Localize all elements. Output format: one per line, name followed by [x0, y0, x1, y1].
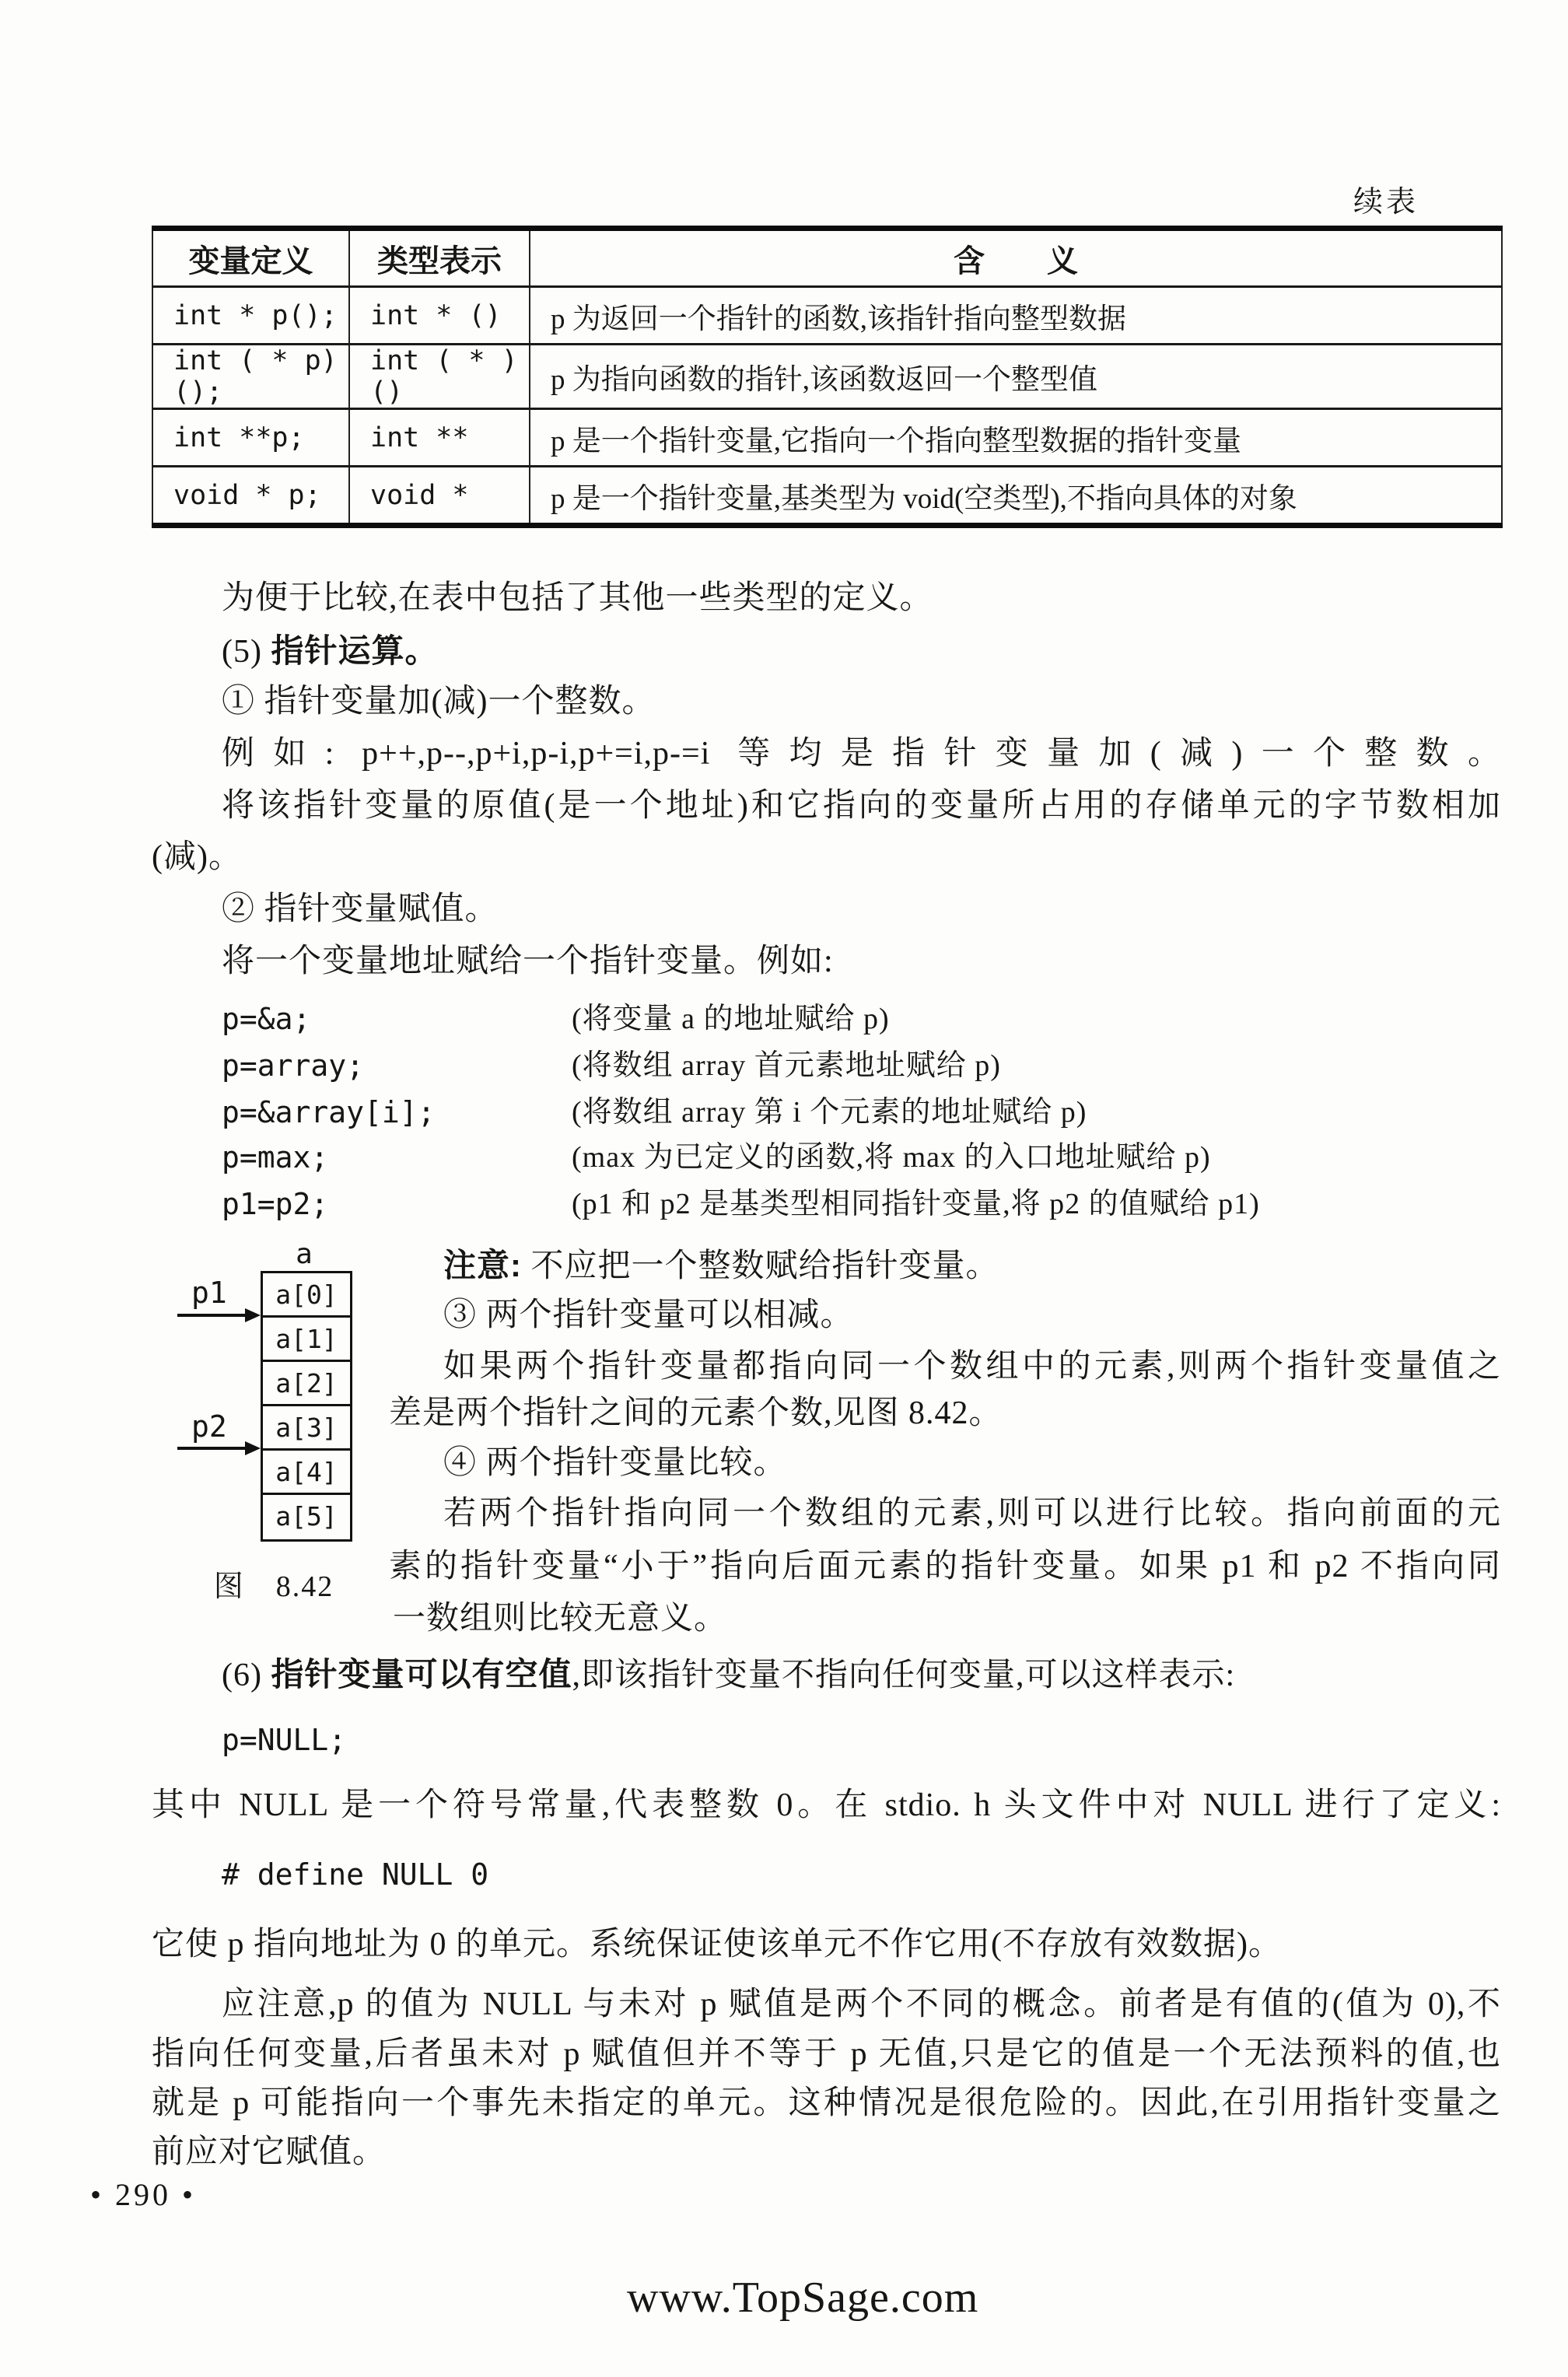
code-comment: (将变量 a 的地址赋给 p) [572, 1002, 890, 1037]
section-5-number: (5) [222, 634, 271, 670]
table-row: void * p; void * p 是一个指针变量,基类型为 void(空类型… [152, 467, 1502, 526]
warning-line2: 指向任何变量,后者虽未对 p 赋值但并不等于 p 无值,只是它的值是一个无法预料… [152, 2036, 1501, 2079]
figure-array-box: a[0] a[1] a[2] a[3] a[4] a[5] [261, 1271, 352, 1542]
header-variable-definition: 变量定义 [152, 229, 349, 287]
code-line: p=array; [222, 1048, 364, 1083]
warning-line4: 前应对它赋值。 [152, 2134, 386, 2172]
table-cell: int * () [349, 287, 530, 345]
figure-caption: 图 8.42 [196, 1562, 352, 1605]
table-row: int * p(); int * () p 为返回一个指针的函数,该指针指向整型… [152, 287, 1502, 345]
null-assign-code: p=NULL; [222, 1723, 346, 1758]
paragraph-intro: 为便于比较,在表中包括了其他一些类型的定义。 [222, 579, 933, 618]
table-row: int **p; int ** p 是一个指针变量,它指向一个指向整型数据的指针… [152, 409, 1502, 467]
table-cell: p 为指向函数的指针,该函数返回一个整型值 [530, 345, 1502, 409]
table-cell: int ( * p)(); [152, 345, 349, 409]
example-line: 例如: p++,p--,p+i,p-i,p+=i,p-=i 等均是指针变量加(减… [222, 735, 1501, 779]
item-2-pointer-assign: ② 指针变量赋值。 [222, 891, 499, 929]
compare-explain-line3: 一数组则比较无意义。 [393, 1600, 727, 1639]
pointer-p1-arrowhead-icon [245, 1308, 261, 1322]
table-cell: int * p(); [152, 287, 349, 345]
header-type-representation: 类型表示 [349, 229, 530, 287]
section-5-title: 指针运算。 [271, 632, 438, 669]
compare-explain-line1: 若两个指针指向同一个数组的元素,则可以进行比较。指向前面的元 [443, 1495, 1501, 1539]
table-row: int ( * p)(); int ( * )() p 为指向函数的指针,该函数… [152, 345, 1502, 409]
array-cell: a[4] [263, 1451, 350, 1495]
note-label: 注意: [443, 1247, 522, 1283]
pointer-p1-label: p1 [191, 1276, 227, 1310]
code-comment: (max 为已定义的函数,将 max 的入口地址赋给 p) [572, 1140, 1211, 1175]
array-cell: a[2] [263, 1362, 350, 1406]
pointer-p2-label: p2 [191, 1409, 227, 1444]
table-cell: p 是一个指针变量,基类型为 void(空类型),不指向具体的对象 [530, 467, 1502, 526]
add-explain-line1: 将该指针变量的原值(是一个地址)和它指向的变量所占用的存储单元的字节数相加 [222, 787, 1501, 831]
pointer-type-table: 变量定义 类型表示 含 义 int * p(); int * () p 为返回一… [152, 226, 1503, 528]
section-6-number: (6) [222, 1658, 271, 1693]
array-cell: a[5] [263, 1495, 350, 1537]
section-6-rest: ,即该指针变量不指向任何变量,可以这样表示: [572, 1658, 1236, 1693]
define-null-code: # define NULL 0 [222, 1857, 488, 1892]
section-6-heading: (6) 指针变量可以有空值,即该指针变量不指向任何变量,可以这样表示: [222, 1655, 1235, 1696]
array-cell: a[1] [263, 1318, 350, 1362]
continued-table-label: 续表 [1353, 177, 1419, 220]
figure-array-name-label: a [261, 1238, 348, 1270]
table-cell: p 为返回一个指针的函数,该指针指向整型数据 [530, 287, 1502, 345]
note-line: 注意: 不应把一个整数赋给指针变量。 [443, 1246, 999, 1287]
code-line: p=&a; [222, 1002, 310, 1037]
code-line: p1=p2; [222, 1187, 328, 1222]
compare-explain-line2: 素的指针变量“小于”指向后面元素的指针变量。如果 p1 和 p2 不指向同 [389, 1548, 1501, 1591]
subtract-explain-line1: 如果两个指针变量都指向同一个数组中的元素,则两个指针变量值之 [443, 1348, 1501, 1392]
table-cell: int ( * )() [349, 345, 530, 409]
section-6-title: 指针变量可以有空值 [271, 1656, 572, 1693]
table-cell: int ** [349, 409, 530, 467]
code-comment: (p1 和 p2 是基类型相同指针变量,将 p2 的值赋给 p1) [572, 1187, 1260, 1222]
item-1-pointer-add: ① 指针变量加(减)一个整数。 [222, 683, 655, 722]
section-5-heading: (5) 指针运算。 [222, 632, 439, 672]
table-cell: void * p; [152, 467, 349, 526]
code-line: p=max; [222, 1140, 328, 1175]
pointer-p2-arrow [177, 1447, 252, 1450]
code-comment: (将数组 array 第 i 个元素的地址赋给 p) [572, 1095, 1087, 1130]
array-cell: a[3] [263, 1406, 350, 1451]
note-text: 不应把一个整数赋给指针变量。 [531, 1248, 999, 1284]
code-comment: (将数组 array 首元素地址赋给 p) [572, 1048, 1001, 1083]
header-meaning: 含 义 [530, 229, 1502, 287]
table-cell: int **p; [152, 409, 349, 467]
book-page: 续表 变量定义 类型表示 含 义 int * p(); int * () p 为… [0, 0, 1568, 2377]
null-explain-line2: 它使 p 指向地址为 0 的单元。系统保证使该单元不作它用(不存放有效数据)。 [152, 1926, 1282, 1965]
pointer-p1-arrow [177, 1314, 252, 1317]
item-3-pointer-subtract: ③ 两个指针变量可以相减。 [443, 1297, 854, 1336]
item-4-pointer-compare: ④ 两个指针变量比较。 [443, 1444, 787, 1483]
warning-line1: 应注意,p 的值为 NULL 与未对 p 赋值是两个不同的概念。前者是有值的(值… [222, 1986, 1501, 2029]
table-header-row: 变量定义 类型表示 含 义 [152, 229, 1502, 287]
table-cell: void * [349, 467, 530, 526]
warning-line3: 就是 p 可能指向一个事先未指定的单元。这种情况是很危险的。因此,在引用指针变量… [152, 2085, 1501, 2128]
page-number: • 290 • [90, 2176, 196, 2213]
subtract-explain-line2: 差是两个指针之间的元素个数,见图 8.42。 [389, 1395, 1003, 1434]
pointer-p2-arrowhead-icon [245, 1441, 261, 1455]
table-cell: p 是一个指针变量,它指向一个指向整型数据的指针变量 [530, 409, 1502, 467]
null-explain-line1: 其中 NULL 是一个符号常量,代表整数 0。在 stdio. h 头文件中对 … [152, 1787, 1501, 1830]
array-cell: a[0] [263, 1273, 350, 1318]
watermark-url: www.TopSage.com [627, 2273, 978, 2323]
assign-intro-line: 将一个变量地址赋给一个指针变量。例如: [222, 943, 834, 982]
code-line: p=&array[i]; [222, 1095, 436, 1130]
add-explain-line2: (减)。 [152, 838, 242, 877]
